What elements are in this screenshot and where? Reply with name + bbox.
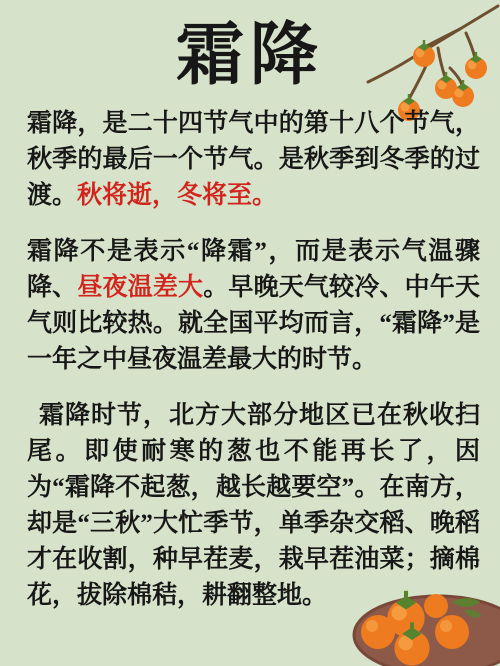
article-text: 霜降，是二十四节气中的第十八个节气，秋季的最后一个节气。是秋季到冬季的过渡。秋将… [0, 106, 500, 614]
paragraph-meaning: 霜降不是表示“降霜”，而是表示气温骤降、昼夜温差大。早晚天气较冷、中午天气则比较… [27, 234, 480, 378]
paragraph-intro: 霜降，是二十四节气中的第十八个节气，秋季的最后一个节气。是秋季到冬季的过渡。秋将… [27, 106, 480, 214]
paragraph-farming-text: 霜降时节，北方大部分地区已在秋收扫尾。即使耐寒的葱也不能再长了，因为“霜降不起葱… [27, 402, 480, 609]
paragraph-intro-highlight: 秋将逝，冬将至。 [77, 182, 277, 209]
paragraph-farming: 霜降时节，北方大部分地区已在秋收扫尾。即使耐寒的葱也不能再长了，因为“霜降不起葱… [27, 398, 480, 614]
paragraph-meaning-highlight: 昼夜温差大 [77, 274, 203, 301]
solar-term-poster: 霜降 霜降，是二十四节气中的第十八个节气，秋季的最后一个节气。是秋季到冬季的过渡… [0, 0, 500, 666]
